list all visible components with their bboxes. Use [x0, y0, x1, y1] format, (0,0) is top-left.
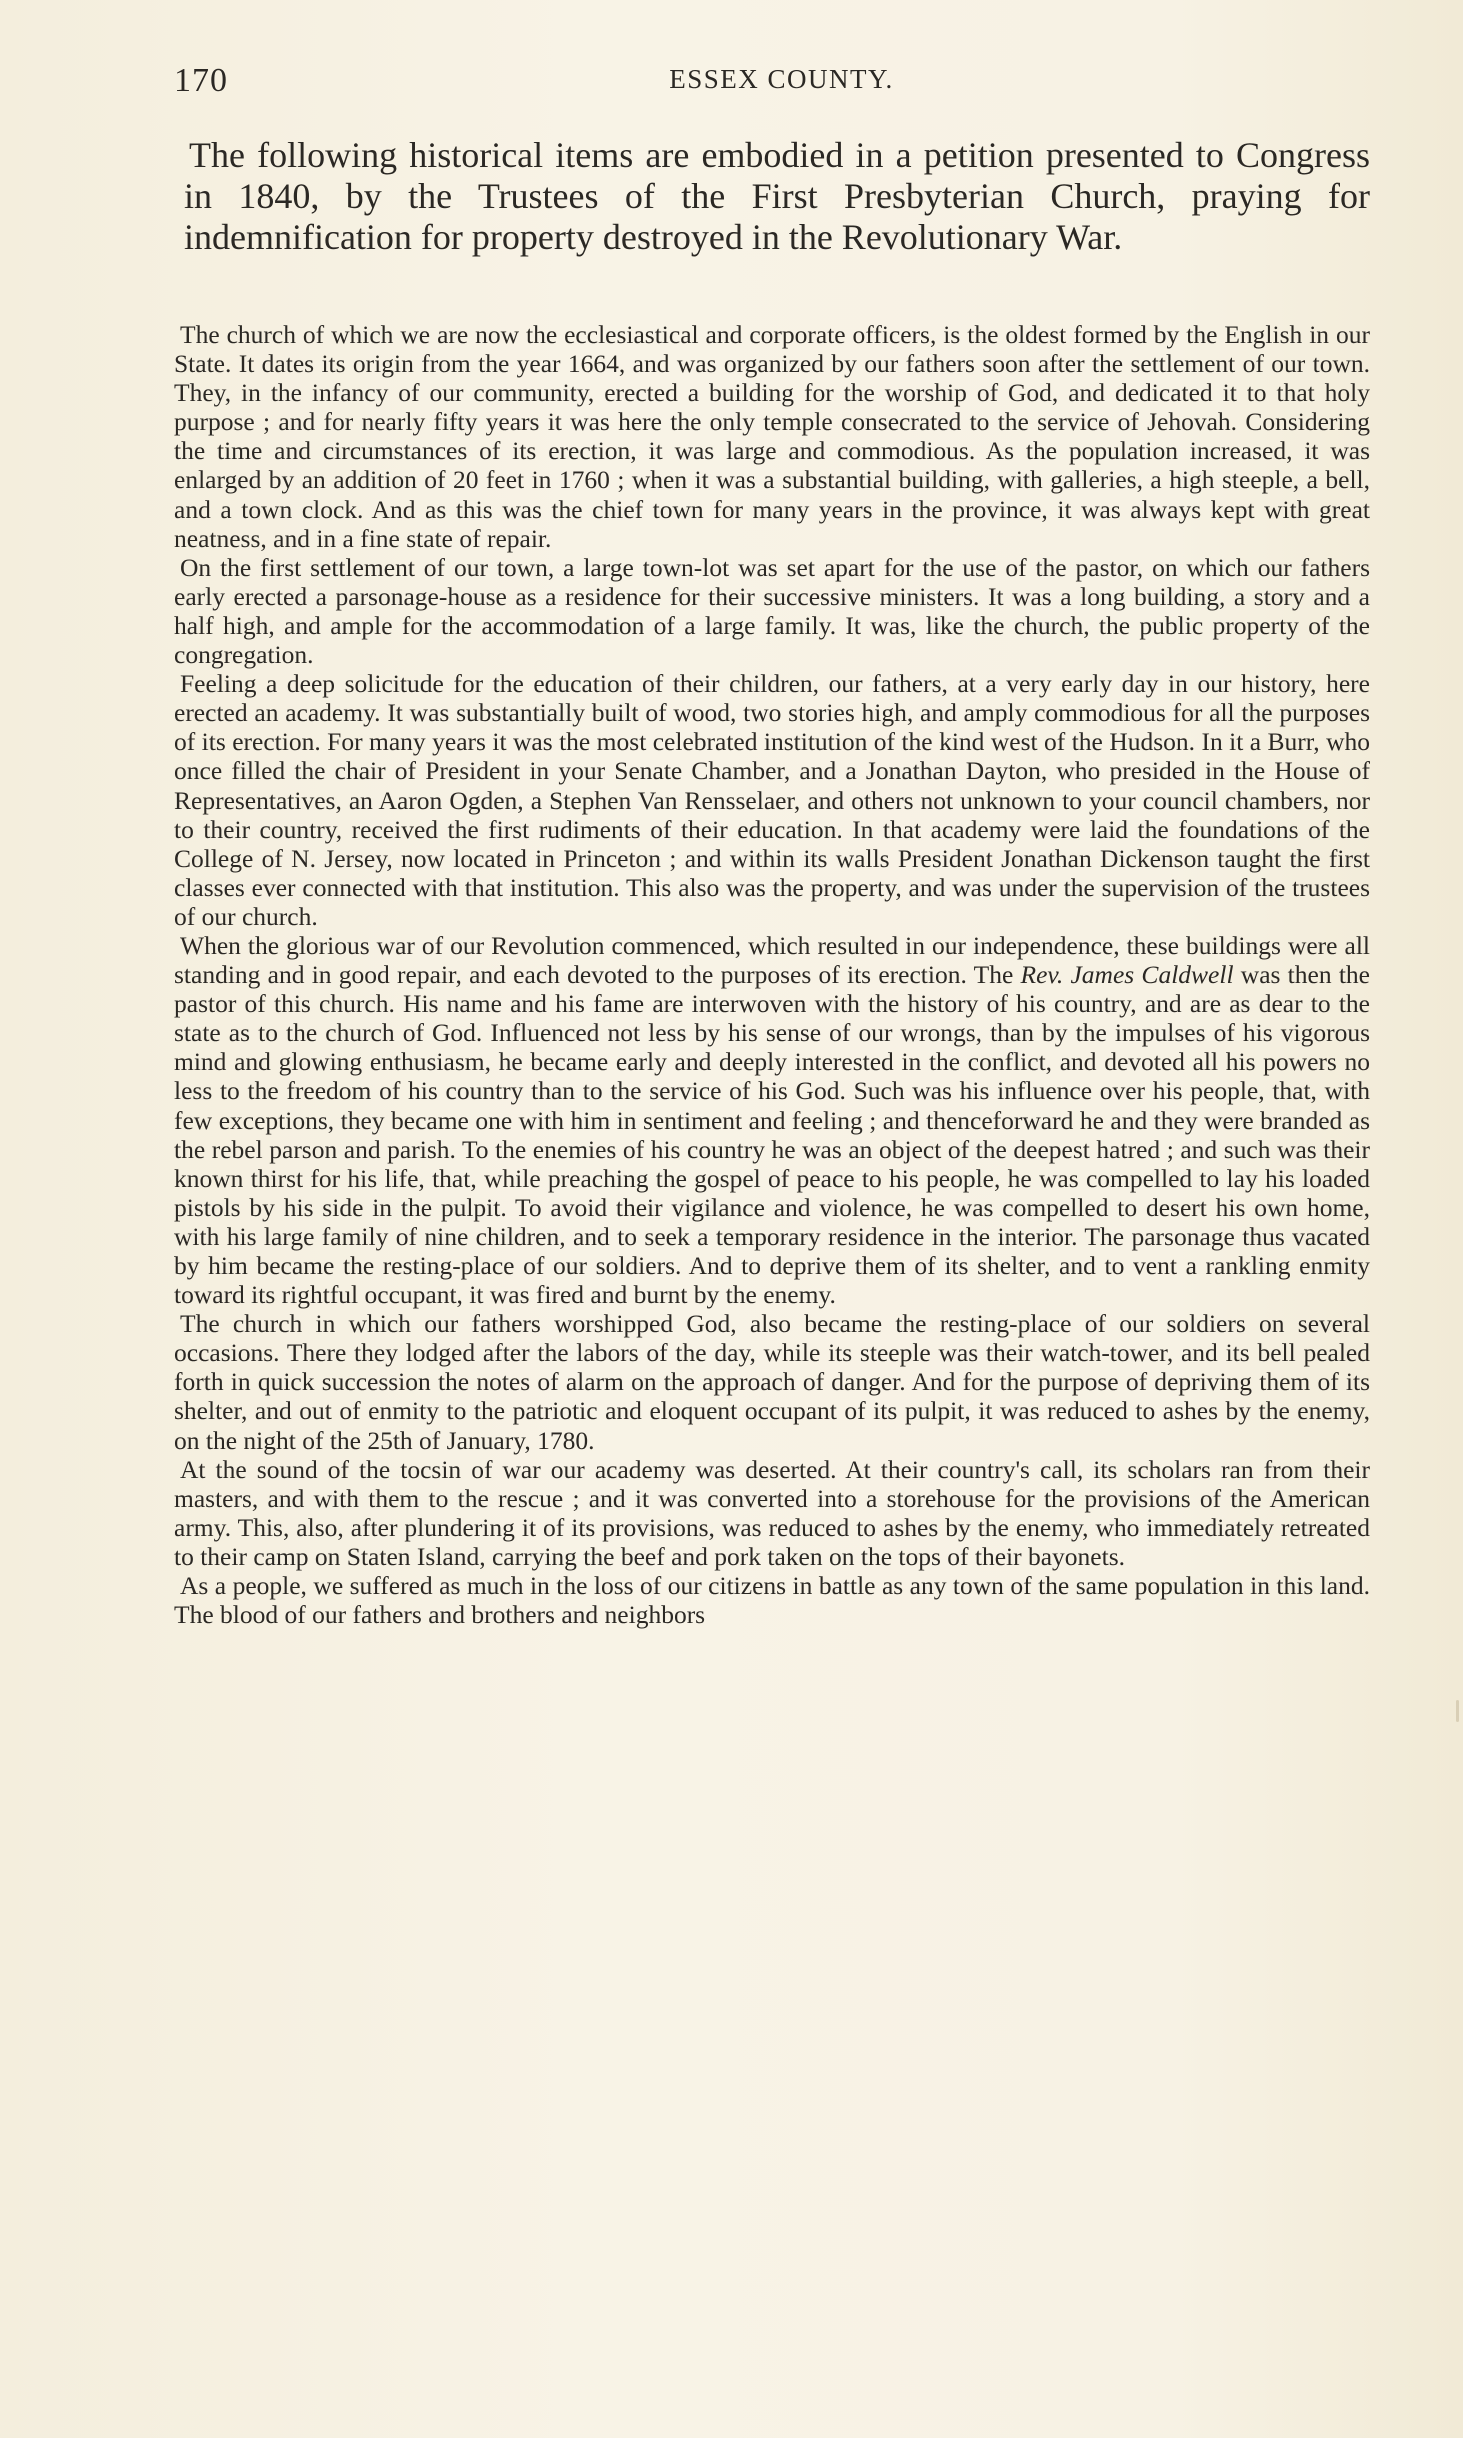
book-page: 170 ESSEX COUNTY. The following historic… [0, 0, 1463, 2438]
intro-paragraph: The following historical items are embod… [184, 135, 1370, 258]
pastor-name: Rev. James Caldwell [1021, 960, 1234, 989]
page-edge-mark [1456, 1700, 1459, 1722]
paragraph-academy-burned: At the sound of the tocsin of war our ac… [174, 1455, 1370, 1571]
paragraph-academy: Feeling a deep solicitude for the educat… [174, 669, 1370, 931]
paragraph-church-origin: The church of which we are now the eccle… [174, 320, 1370, 553]
paragraph-losses: As a people, we suffered as much in the … [174, 1571, 1370, 1629]
paragraph-revolution-rest: was then the pastor of this church. His … [174, 960, 1370, 1309]
paragraph-church-burned: The church in which our fathers worshipp… [174, 1309, 1370, 1454]
running-head-title: ESSEX COUNTY. [174, 64, 1389, 95]
paragraph-parsonage: On the first settlement of our town, a l… [174, 553, 1370, 669]
paragraph-revolution: When the glorious war of our Revolution … [174, 931, 1370, 1309]
running-head: 170 ESSEX COUNTY. [174, 62, 1389, 106]
petition-text: The church of which we are now the eccle… [174, 320, 1370, 1629]
